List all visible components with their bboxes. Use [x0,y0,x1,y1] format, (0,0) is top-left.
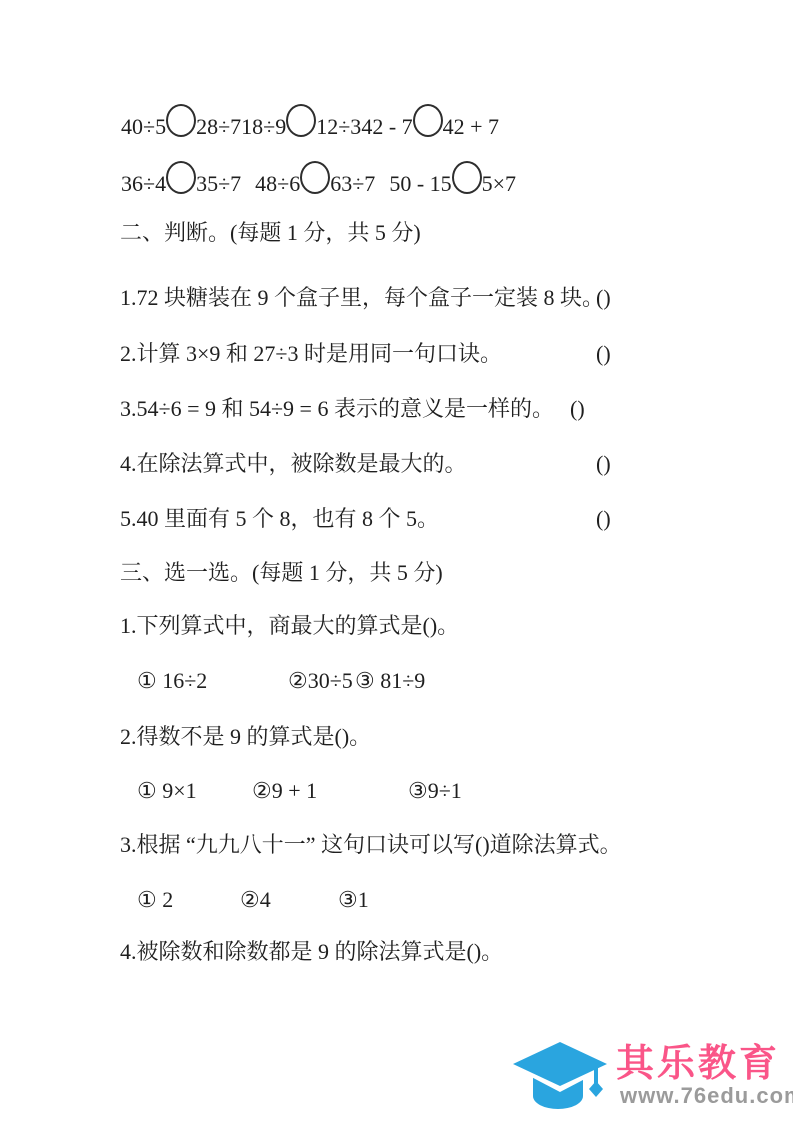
section-judge-title: 二、判断。(每题 1 分，共 5 分) [120,220,421,246]
choice-option: ③ 81÷9 [355,668,425,694]
comparison-expression: 50 - 15 [389,172,451,196]
choice-option: ②9 + 1 [252,778,317,804]
comparison-circle-blank [452,161,482,194]
judge-item-text: 5.40 里面有 5 个 8，也有 8 个 5。 [120,506,439,532]
choice-option: ②30÷5 [288,668,353,694]
answer-parentheses: () [596,285,611,311]
comparison-circle-blank [300,161,330,194]
choice-question-text: 2.得数不是 9 的算式是()。 [120,724,371,750]
judge-item-text: 1.72 块糖装在 9 个盒子里，每个盒子一定装 8 块。 [120,285,604,311]
brand-name: 其乐教育 [616,1044,780,1084]
comparison-circle-blank [286,104,316,137]
website-url: www.76edu.com [620,1084,793,1108]
choice-question-text: 4.被除数和除数都是 9 的除法算式是()。 [120,939,503,965]
comparison-expression: 35÷7 [196,172,241,196]
choice-option: ③1 [338,887,369,913]
judge-item-text: 4.在除法算式中，被除数是最大的。 [120,451,467,477]
comparison-circle-blank [413,104,443,137]
comparison-circle-blank [166,104,196,137]
choice-option: ②4 [240,887,271,913]
choice-option: ① 9×1 [137,778,197,804]
answer-parentheses: () [596,451,611,477]
comparison-expression: 28÷7 [196,115,241,139]
comparison-row: 36÷4 35÷7 48÷6 63÷7 50 - 15 5×7 [121,161,516,196]
judge-item-text: 3.54÷6 = 9 和 54÷9 = 6 表示的意义是一样的。 [120,396,554,422]
choice-option: ① 16÷2 [137,668,207,694]
choice-question-text: 3.根据 “九九八十一” 这句口诀可以写()道除法算式。 [120,832,622,858]
choice-option: ① 2 [137,887,173,913]
comparison-expression: 36÷4 [121,172,166,196]
section-choice-title: 三、选一选。(每题 1 分，共 5 分) [120,560,443,586]
comparison-expression: 63÷7 [330,172,375,196]
comparison-expression: 48÷6 [255,172,300,196]
comparison-expression: 42 - 7 [361,115,412,139]
comparison-expression: 5×7 [482,172,516,196]
comparison-row: 40÷5 28÷7 18÷9 12÷3 42 - 7 42 + 7 [121,104,499,139]
judge-item-text: 2.计算 3×9 和 27÷3 时是用同一句口诀。 [120,341,502,367]
graduation-cap-icon [510,1041,610,1113]
answer-parentheses: () [596,341,611,367]
comparison-expression: 40÷5 [121,115,166,139]
choice-question-text: 1.下列算式中，商最大的算式是()。 [120,613,459,639]
comparison-expression: 12÷3 [316,115,361,139]
choice-option: ③9÷1 [408,778,462,804]
comparison-circle-blank [166,161,196,194]
comparison-expression: 18÷9 [241,115,286,139]
worksheet-page: 40÷5 28÷7 18÷9 12÷3 42 - 7 42 + 7 36÷4 3… [0,0,793,1122]
comparison-expression: 42 + 7 [443,115,499,139]
answer-parentheses: () [596,506,611,532]
answer-parentheses: () [570,396,585,422]
